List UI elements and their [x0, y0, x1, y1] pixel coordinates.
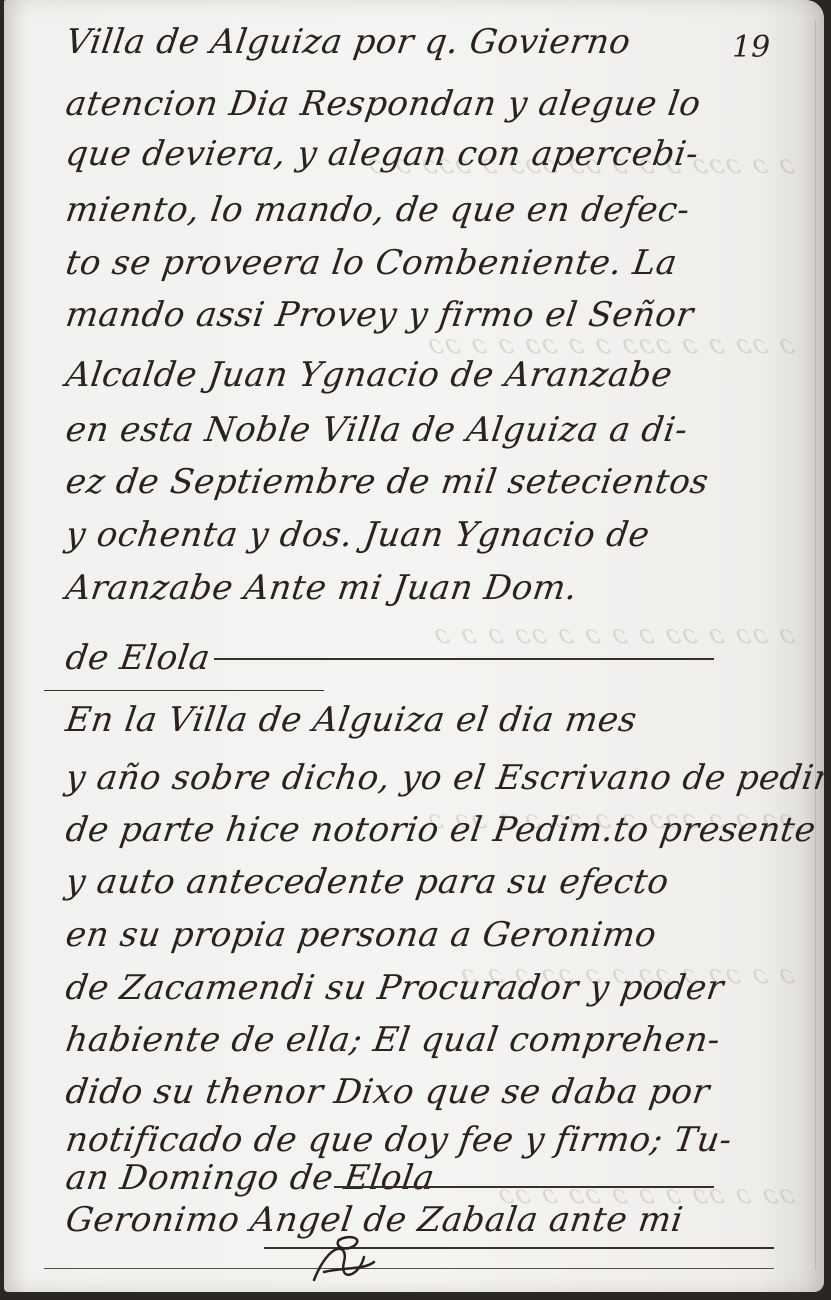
manuscript-page: ɔ ɔ ɔɔɔ ɔ ɔ ɔ ɔɔ ɔɔɔ ɔ ɔɔɔ ɔ ɔ ɔ ɔɔ ɔ ɔ …	[4, 0, 824, 1292]
manuscript-line: y auto antecedente para su efecto	[63, 862, 671, 902]
manuscript-line: En la Villa de Alguiza el dia mes	[63, 700, 639, 740]
manuscript-line: dido su thenor Dixo que se daba por	[63, 1072, 712, 1112]
manuscript-line: de Zacamendi su Procurador y poder	[63, 968, 726, 1008]
manuscript-line: notificado de que doy fee y firmo; Tu-	[63, 1120, 734, 1160]
section-divider	[44, 690, 324, 691]
manuscript-line: de Elola	[63, 638, 213, 678]
manuscript-line: to se proveera lo Combeniente. La	[63, 243, 680, 283]
manuscript-line: miento, lo mando, de que en defec-	[63, 190, 692, 230]
manuscript-line: Alcalde Juan Ygnacio de Aranzabe	[63, 355, 675, 395]
page-edge	[805, 20, 816, 1270]
manuscript-line: que deviera, y alegan con apercebi-	[63, 134, 701, 174]
manuscript-line: y año sobre dicho, yo el Escrivano de pe…	[63, 758, 831, 798]
page-bottom-rule	[44, 1268, 774, 1269]
manuscript-line: Villa de Alguiza por q. Govierno	[63, 22, 633, 62]
manuscript-line: en su propia persona a Geronimo	[63, 915, 659, 955]
manuscript-line: en esta Noble Villa de Alguiza a di-	[63, 410, 690, 450]
manuscript-line: habiente de ella; El qual comprehen-	[63, 1020, 723, 1060]
manuscript-line: an Domingo de Elola	[63, 1158, 437, 1198]
line-filler-rule	[334, 1186, 714, 1188]
notary-rubric-flourish	[304, 1232, 384, 1287]
manuscript-line: ez de Septiembre de mil setecientos	[63, 462, 711, 502]
manuscript-line: de parte hice notorio el Pedim.to presen…	[63, 810, 818, 850]
manuscript-line: y ochenta y dos. Juan Ygnacio de	[63, 515, 652, 555]
line-filler-rule	[214, 658, 714, 660]
manuscript-line: atencion Dia Respondan y alegue lo	[63, 84, 703, 124]
folio-number: 19	[732, 30, 770, 65]
manuscript-line: Aranzabe Ante mi Juan Dom.	[63, 568, 580, 608]
manuscript-line: mando assi Provey y firmo el Señor	[63, 295, 696, 335]
